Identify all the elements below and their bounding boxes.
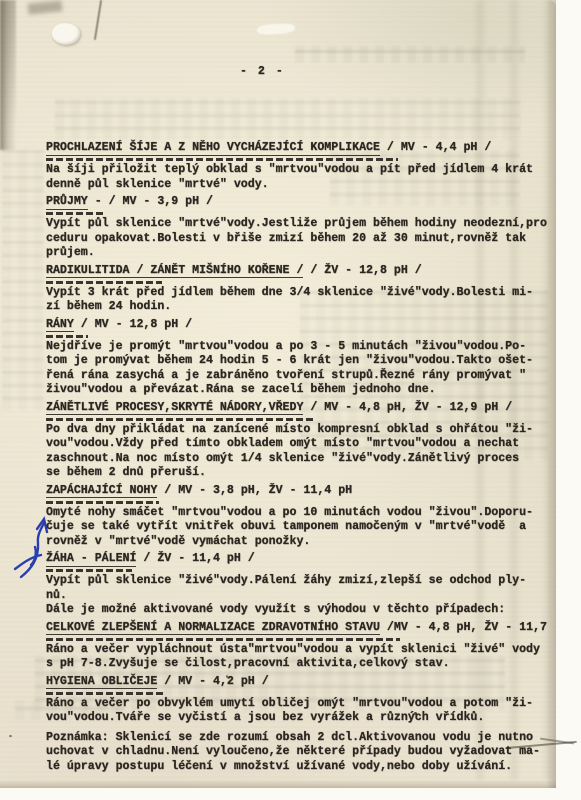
document-page: - 2 - PROCHLAZENÍ ŠÍJE A Z NĚHO VYCHÁZEJ… [0,0,556,788]
text-line: s pH 7-8.Zvyšuje se čilost,pracovní akti… [46,657,549,672]
section-heading: PRŮJMY - / MV - 3,9 pH / [46,195,549,210]
heading-title: CELKOVÉ ZLEPŠENÍ A NORMALIZACE ZDRAVOTNÍ… [46,621,380,636]
heading-params: / ŽV - 11,4 pH / [136,552,254,565]
text-line: lé úpravy postupu léčení v množství užív… [46,760,549,775]
heading-title: ZAPÁCHAJÍCÍ NOHY [46,484,157,499]
heading-params: / MV - 3,8 pH, ŽV - 11,4 pH [157,484,352,497]
text-line: průjem. [46,246,549,261]
heading-title: PRŮJMY [46,195,88,210]
heading-title: ŽÁHA - PÁLENÍ [46,552,136,567]
heading-rule [46,158,398,161]
text-line: řená rána zasychá a je zabráněno tvoření… [46,369,549,384]
whiteout-smudge [257,23,296,36]
text-line: se během 2 dnů přeruší. [46,466,549,481]
ink-smudge-top-left [28,0,63,14]
heading-rule [46,501,159,504]
page-number: - 2 - [46,65,549,80]
heading-rule [46,692,163,695]
paragraph: Vypít půl sklenice "mrtvé"vody.Jestliže … [46,217,549,261]
heading-rule [46,212,104,215]
paragraph: Vypít 3 krát před jídlem během dne 3/4 s… [46,286,549,315]
section-heading: PROCHLAZENÍ ŠÍJE A Z NĚHO VYCHÁZEJÍCÍ KO… [46,141,549,156]
text-line: zaschnout.Na noc místo omýt 1/4 sklenice… [46,452,549,467]
paragraph: Vypít půl sklenice "živé"vody.Pálení žáh… [46,574,549,618]
text-line: Dále je možné aktivované vody využít s v… [46,603,549,618]
text-line: Na šíji přiložit teplý obklad s "mrtvou"… [46,163,549,178]
section-heading: HYGIENA OBLIČEJE / MV - 4,̍2 pH / [46,675,549,690]
text-line: vou"vodou.Tváře se vyčistí a jsou bez vy… [46,711,549,726]
text-line: čuje se také vytřít vnitřek obuvi tampon… [46,520,549,535]
text-line: nů. [46,589,549,604]
heading-params: /MV - 4,8 pH, ŽV - 11,7 [380,621,547,634]
scratch-mark-top [94,0,102,40]
paragraph: Omyté nohy smáčet "mrtvou"vodou a po 10 … [46,506,549,550]
section-heading: CELKOVÉ ZLEPŠENÍ A NORMALIZACE ZDRAVOTNÍ… [46,621,549,636]
section-heading: RÁNY / MV - 12,8 pH / [46,318,549,333]
paragraph: Na šíji přiložit teplý obklad s "mrtvou"… [46,163,549,192]
text-line: Vypít půl sklenice "živé"vody.Pálení žáh… [46,574,549,589]
text-line: Vypít půl sklenice "mrtvé"vody.Jestliže … [46,217,549,232]
section-heading: RADIKULITIDA / ZÁNĚT MIŠNÍHO KOŘENE / / … [46,264,549,279]
text-line: Poznámka: Sklenicí se zde rozumí obsah 2… [46,731,549,746]
section-heading: ZÁNĚTLIVÉ PROCESY,SKRYTÉ NÁDORY,VŘEDY / … [46,401,549,416]
text-line: Ráno a večer vypláchnout ústa"mrtvou"vod… [46,643,549,658]
paragraph: Po dva dny přikládat na zanícené místo k… [46,423,549,481]
paragraph: Nejdříve je promýt "mrtvou"vodou a po 3 … [46,340,549,398]
document-body: - 2 - PROCHLAZENÍ ŠÍJE A Z NĚHO VYCHÁZEJ… [46,36,549,774]
heading-rule [46,569,132,572]
paragraph: Ráno a večer vypláchnout ústa"mrtvou"vod… [46,643,549,672]
heading-rule [46,335,88,338]
text-line: uchovat v chladnu.Není vyloučeno,že někt… [46,745,549,760]
text-line: Omyté nohy smáčet "mrtvou"vodou a po 10 … [46,506,549,521]
text-line: Nejdříve je promýt "mrtvou"vodou a po 3 … [46,340,549,355]
heading-params: / MV - 4,4 pH / [380,141,491,154]
heading-title: PROCHLAZENÍ ŠÍJE A Z NĚHO VYCHÁZEJÍCÍ KO… [46,141,380,156]
heading-rule [46,281,162,284]
text-line: ceduru opakovat.Bolesti v břiše zmizí bě… [46,232,549,247]
heading-params: / ŽV - 12,8 pH / [303,264,421,277]
section-heading: ŽÁHA - PÁLENÍ / ŽV - 11,4 pH / [46,552,549,567]
text-line: tom je promývat během 24 hodin 5 - 6 krá… [46,354,549,369]
heading-params: - / MV - 3,9 pH / [88,195,213,208]
heading-rule [46,638,400,641]
text-line: Po dva dny přikládat na zanícené místo k… [46,423,549,438]
heading-title: HYGIENA OBLIČEJE [46,675,157,690]
section-heading: ZAPÁCHAJÍCÍ NOHY / MV - 3,8 pH, ŽV - 11,… [46,484,549,499]
text-line: Vypít 3 krát před jídlem během dne 3/4 s… [46,286,549,301]
text-line: rovněž v "mrtvé"vodě vymáchat ponožky. [46,535,549,550]
heading-params: / MV - 4,8 pH, ŽV - 12,9 pH / [303,401,512,414]
text-line: zí během 24 hodin. [46,300,549,315]
bleedthrough-text [2,150,44,410]
scan-background: - 2 - PROCHLAZENÍ ŠÍJE A Z NĚHO VYCHÁZEJ… [0,0,581,800]
paragraph: Ráno a večer po obvyklém umytí obličej o… [46,697,549,726]
text-line: denně půl sklenice "mrtvé" vody. [46,178,549,193]
text-line: Ráno a večer po obvyklém umytí obličej o… [46,697,549,712]
bottom-edge-shadow [0,780,556,788]
heading-title: RÁNY [46,318,74,333]
heading-rule [46,418,313,421]
heading-title: RADIKULITIDA / ZÁNĚT MIŠNÍHO KOŘENE / [46,264,303,279]
text-line: vou"vodou.Vždy před tímto obkladem omýt … [46,437,549,452]
heading-title: ZÁNĚTLIVÉ PROCESY,SKRYTÉ NÁDORY,VŘEDY [46,401,303,416]
note-paragraph: Poznámka: Sklenicí se zde rozumí obsah 2… [46,731,549,775]
text-line: živou"vodou a převázat.Rána se zacelí bě… [46,383,549,398]
heading-params: / MV - 12,8 pH / [74,318,192,331]
left-edge-shadow [0,0,16,150]
dark-speck [9,735,12,737]
heading-params: / MV - 4,̍2 pH / [157,675,268,688]
